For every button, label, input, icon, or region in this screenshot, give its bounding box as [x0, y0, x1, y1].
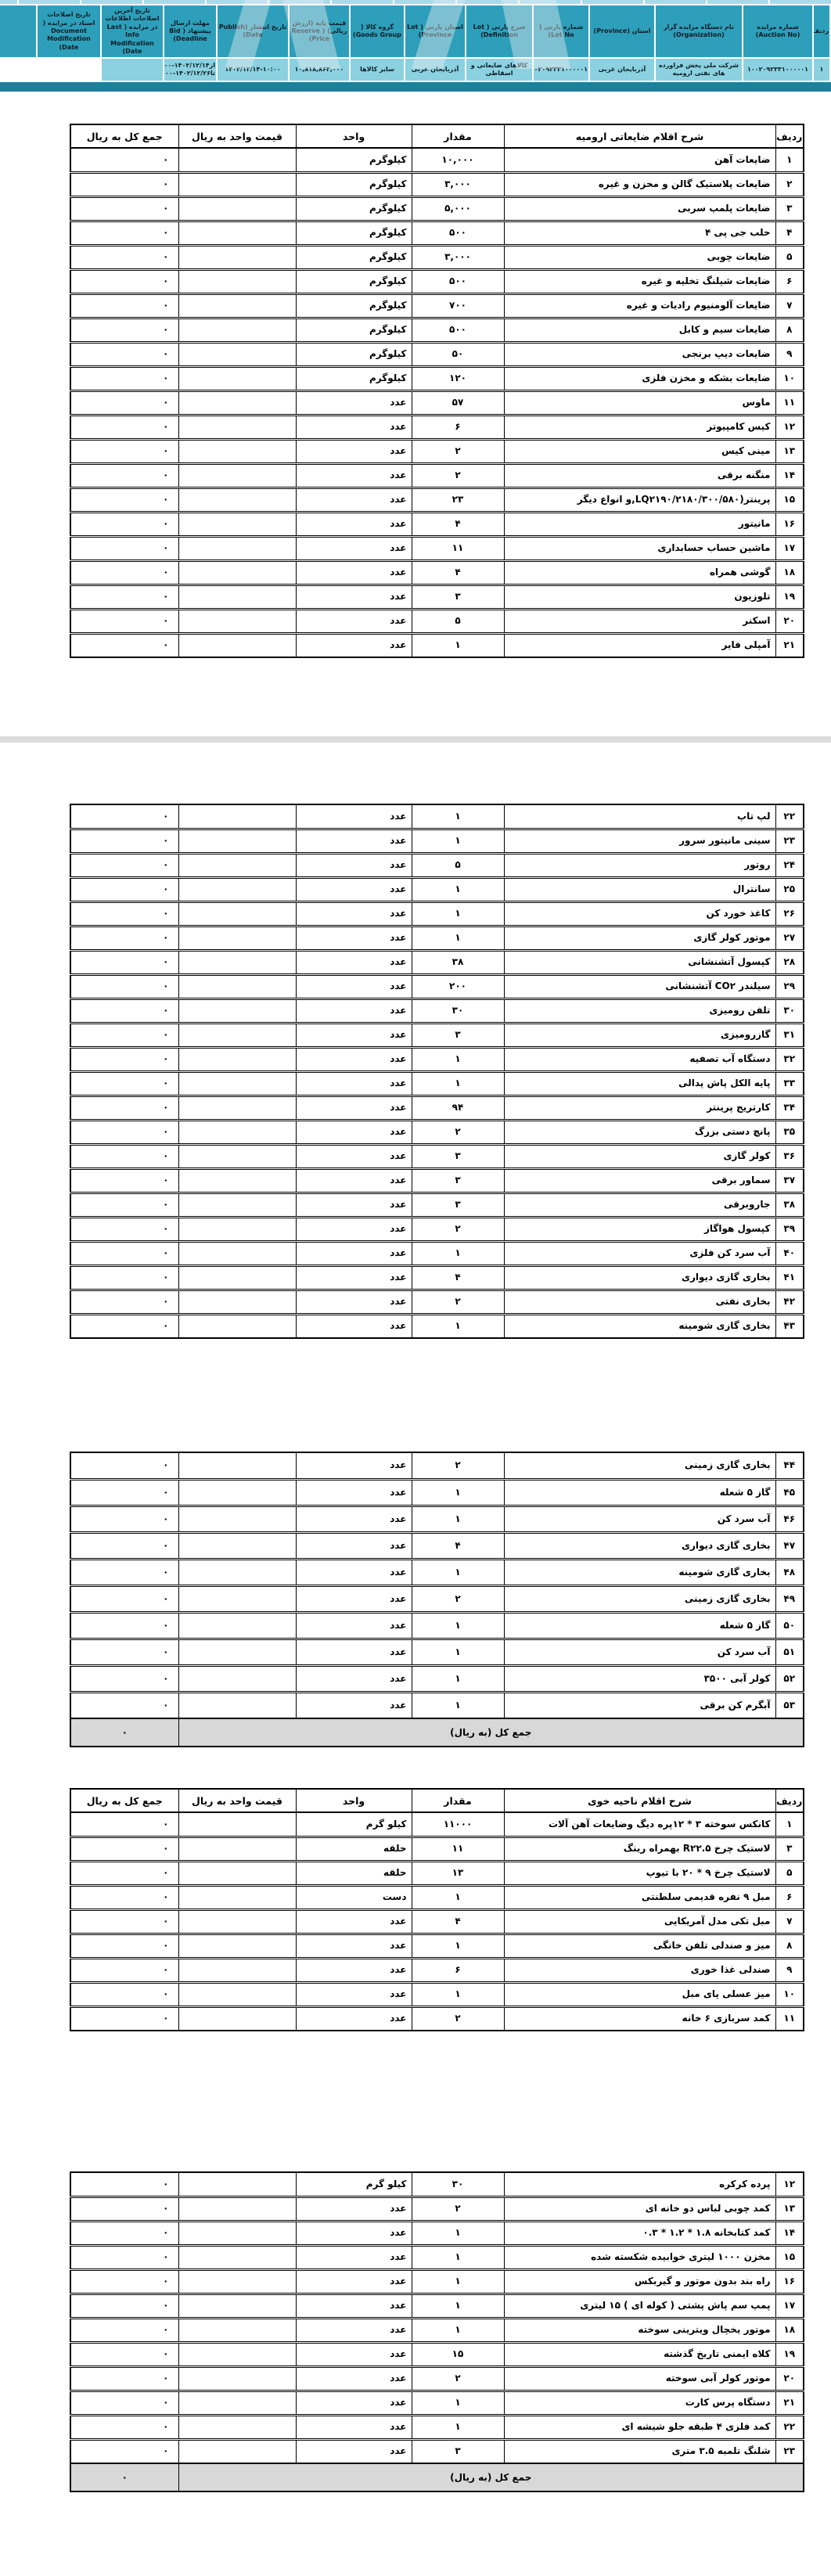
item-row-number: ۴۵	[775, 1479, 804, 1506]
item-description: ضایعات پلمپ سربی	[504, 196, 775, 221]
item-quantity: ۹۴	[412, 1096, 504, 1120]
item-row: ۱۳ مینی کیس ۲ عدد ۰	[70, 439, 804, 463]
item-unit-price	[178, 1479, 296, 1506]
item-unit-price	[178, 926, 296, 950]
record-lot-definition: کالاهای ضایعاتی و اسقاطی	[466, 58, 533, 81]
item-unit-price	[178, 439, 296, 463]
item-total: ۰	[70, 633, 178, 657]
col-last-info-modification: تاریخ آخرین اصلاحات اطلاعات در مزایده ( …	[101, 5, 164, 58]
item-row-number: ۱۴	[775, 463, 804, 487]
item-row-number: ۵	[775, 245, 804, 269]
item-total: ۰	[70, 950, 178, 974]
col-lot-definition: شرح پارتی ( Lot Definition)	[466, 5, 533, 58]
item-description: مبل تکی مدل آمریکایی	[504, 1909, 775, 1934]
item-description: مبل ۹ نفره قدیمی سلطنتی	[504, 1885, 775, 1909]
item-total: ۰	[70, 2196, 178, 2221]
item-unit-price	[178, 1120, 296, 1144]
item-total: ۰	[70, 2006, 178, 2031]
item-row-number: ۱۳	[775, 439, 804, 463]
item-unit-price	[178, 998, 296, 1023]
col-description: شرح اقلام ضایعاتی ارومیه	[504, 124, 775, 148]
item-total: ۰	[70, 1665, 178, 1692]
item-total: ۰	[70, 585, 178, 609]
item-row-number: ۸	[775, 318, 804, 342]
item-row-number: ۳۰	[775, 998, 804, 1023]
item-row: ۳۷ سماور برقی ۳ عدد ۰	[70, 1168, 804, 1193]
item-description: ماشین حساب حسابداری	[504, 536, 775, 560]
item-description: ضایعات بشکه و مخزن فلزی	[504, 366, 775, 390]
item-total: ۰	[70, 1290, 178, 1314]
item-quantity: ۲۰۰	[412, 974, 504, 998]
item-row: ۳۱ گازرومیزی ۳ عدد ۰	[70, 1023, 804, 1047]
item-unit: عدد	[296, 633, 412, 657]
item-row-number: ۱۶	[775, 512, 804, 536]
item-row-number: ۵۱	[775, 1639, 804, 1665]
col-reserve-price: قیمت پایه (ارزش ریالی) ( Reserve Price)	[289, 5, 350, 58]
item-description: ضایعات آلومنیوم رادیات و غیره	[504, 293, 775, 318]
item-row: ۵۲ کولر آبی ۳۵۰۰ ۱ عدد ۰	[70, 1665, 804, 1692]
item-quantity: ۲	[412, 463, 504, 487]
col-lot-province: استان پارتی ( Lot Province)	[405, 5, 466, 58]
item-row-number: ۳۳	[775, 1071, 804, 1096]
item-description: ضایعات پلاستیک گالن و مخزن و غیره	[504, 172, 775, 196]
item-quantity: ۴	[412, 512, 504, 536]
item-description: کمد چوبی لباس دو خانه ای	[504, 2196, 775, 2221]
item-quantity: ۵۰۰	[412, 221, 504, 245]
item-total: ۰	[70, 1982, 178, 2006]
item-total: ۰	[70, 2391, 178, 2415]
item-total: ۰	[70, 829, 178, 853]
item-unit: عدد	[296, 1193, 412, 1217]
item-unit-price	[178, 633, 296, 657]
item-description: ضایعات آهن	[504, 148, 775, 172]
item-row: ۱۵ پرینتر(LQ۲۱۹۰/۲۱۸۰/۳۰۰/۵۸۰,و انواع دی…	[70, 487, 804, 512]
item-description: ضایعات چوبی	[504, 245, 775, 269]
item-unit-price	[178, 1241, 296, 1265]
item-total: ۰	[70, 1168, 178, 1193]
item-unit: عدد	[296, 1217, 412, 1241]
item-description: مانیتور	[504, 512, 775, 536]
item-row: ۶ ضایعات شیلنگ تخلیه و غیره ۵۰۰ کیلوگرم …	[70, 269, 804, 293]
item-quantity: ۱	[412, 877, 504, 901]
item-row: ۳۹ کپسول هواگاز ۲ عدد ۰	[70, 1217, 804, 1241]
item-total: ۰	[70, 172, 178, 196]
item-unit-price	[178, 1692, 296, 1718]
item-row-number: ۳۵	[775, 1120, 804, 1144]
item-row-number: ۹	[775, 1958, 804, 1982]
col-filler	[0, 5, 37, 58]
item-row: ۴۰ آب سرد کن فلزی ۱ عدد ۰	[70, 1241, 804, 1265]
item-total: ۰	[70, 2318, 178, 2342]
col-province: استان (Province)	[589, 5, 655, 58]
item-description: جاروبرقی	[504, 1193, 775, 1217]
item-unit-price	[178, 196, 296, 221]
item-row-number: ۱۴	[775, 2221, 804, 2245]
item-row-number: ۱۶	[775, 2269, 804, 2294]
item-unit: عدد	[296, 1023, 412, 1047]
item-row: ۱۲ پرده کرکره ۳۰ کیلو گرم ۰	[70, 2172, 804, 2196]
item-description: میز عسلی پای مبل	[504, 1982, 775, 2006]
item-row-number: ۲۲	[775, 2415, 804, 2439]
teal-band	[0, 82, 831, 92]
item-row: ۱۳ کمد چوبی لباس دو خانه ای ۲ عدد ۰	[70, 2196, 804, 2221]
item-quantity: ۱	[412, 804, 504, 829]
item-quantity: ۲	[412, 1217, 504, 1241]
item-row: ۵۱ آب سرد کن ۱ عدد ۰	[70, 1639, 804, 1665]
item-description: ضایعات شیلنگ تخلیه و غیره	[504, 269, 775, 293]
item-row: ۲۱ آمپلی فایر ۱ عدد ۰	[70, 633, 804, 657]
item-quantity: ۳,۰۰۰	[412, 172, 504, 196]
item-total: ۰	[70, 1452, 178, 1479]
item-row: ۳۲ دستگاه آب تصفیه ۱ عدد ۰	[70, 1047, 804, 1071]
item-row-number: ۲۹	[775, 974, 804, 998]
item-unit-price	[178, 1861, 296, 1885]
item-row-number: ۱۷	[775, 2294, 804, 2318]
item-quantity: ۲	[412, 439, 504, 463]
item-row: ۱۵ مخزن ۱۰۰۰ لیتری خوابیده شکسته شده ۱ ع…	[70, 2245, 804, 2269]
item-description: کولر گازی	[504, 1144, 775, 1168]
item-quantity: ۲	[412, 2366, 504, 2391]
record-lot-province: آذربایجان غربی	[405, 58, 466, 81]
item-unit: عدد	[296, 609, 412, 633]
item-row: ۲۸ کپسول آتشنشانی ۳۸ عدد ۰	[70, 950, 804, 974]
item-row: ۲۹ سیلندر CO۲ آتشنشانی ۲۰۰ عدد ۰	[70, 974, 804, 998]
item-unit: دست	[296, 1885, 412, 1909]
item-row-number: ۶	[775, 1885, 804, 1909]
item-description: میز و صندلی تلفن خانگی	[504, 1934, 775, 1958]
item-unit: کیلوگرم	[296, 172, 412, 196]
item-quantity: ۵۷	[412, 390, 504, 415]
item-unit: کیلوگرم	[296, 245, 412, 269]
item-row-number: ۸	[775, 1934, 804, 1958]
item-unit: کیلوگرم	[296, 318, 412, 342]
item-quantity: ۱	[412, 1047, 504, 1071]
item-total: ۰	[70, 1612, 178, 1639]
summary-header-row: ردیف شماره مزایده (Auction No) نام دستگا…	[0, 5, 830, 58]
item-quantity: ۱۱	[412, 536, 504, 560]
item-quantity: ۱	[412, 926, 504, 950]
item-row: ۱۴ کمد کتابخانه ۱.۸ * ۱.۲ * ۰.۳ ۱ عدد ۰	[70, 2221, 804, 2245]
item-row-number: ۳۱	[775, 1023, 804, 1047]
item-unit-price	[178, 1071, 296, 1096]
item-row-number: ۱۰	[775, 366, 804, 390]
item-unit-price	[178, 585, 296, 609]
item-total: ۰	[70, 1047, 178, 1071]
item-quantity: ۲	[412, 1585, 504, 1612]
item-total: ۰	[70, 2221, 178, 2245]
item-total: ۰	[70, 439, 178, 463]
item-quantity: ۵,۰۰۰	[412, 196, 504, 221]
item-description: پمپ سم پاش پشتی ( کوله ای ) ۱۵ لیتری	[504, 2294, 775, 2318]
item-description: بخاری گازی دیواری	[504, 1265, 775, 1290]
item-unit: عدد	[296, 1290, 412, 1314]
col-quantity: مقدار	[412, 124, 504, 148]
item-unit: عدد	[296, 804, 412, 829]
record-reserve-price: ۱۰,۸۱۸,۸۶۴,۰۰۰	[289, 58, 350, 81]
item-row: ۱۸ گوشی همراه ۴ عدد ۰	[70, 560, 804, 585]
item-quantity: ۳۰	[412, 998, 504, 1023]
item-unit-price	[178, 390, 296, 415]
item-unit-price	[178, 1265, 296, 1290]
item-description: پرده کرکره	[504, 2172, 775, 2196]
item-row: ۴۹ بخاری گازی زمینی ۲ عدد ۰	[70, 1585, 804, 1612]
item-unit-price	[178, 1885, 296, 1909]
item-description: پانچ دستی بزرگ	[504, 1120, 775, 1144]
item-unit-price	[178, 853, 296, 877]
item-row-number: ۱۵	[775, 2245, 804, 2269]
item-total: ۰	[70, 1071, 178, 1096]
item-row: ۵۳ آبگرم کن برقی ۱ عدد ۰	[70, 1692, 804, 1718]
item-quantity: ۵۰	[412, 342, 504, 366]
items-table-khoy-part1: ردیف شرح اقلام ناحیه خوی مقدار واحد قیمت…	[71, 1788, 804, 2031]
item-quantity: ۱	[412, 2294, 504, 2318]
item-total: ۰	[70, 1241, 178, 1265]
record-bid-deadline: از۱۴۰۲/۱۲/۱۴-۱۰:۰۰ تا۱۴۰۲/۱۲/۲۶-۱۰:۰۰	[164, 58, 217, 81]
item-total: ۰	[70, 1837, 178, 1861]
item-description: کیس کامپیوتر	[504, 415, 775, 439]
item-description: گاز ۵ شعله	[504, 1612, 775, 1639]
item-row: ۲۷ موتور کولر گازی ۱ عدد ۰	[70, 926, 804, 950]
item-quantity: ۴	[412, 560, 504, 585]
item-quantity: ۲	[412, 2196, 504, 2221]
item-row-number: ۱۹	[775, 2342, 804, 2366]
item-total: ۰	[70, 1120, 178, 1144]
item-row: ۲۲ کمد فلزی ۴ طبقه جلو شیشه ای ۱ عدد ۰	[70, 2415, 804, 2439]
item-unit: حلقه	[296, 1837, 412, 1861]
item-description: حلب جی پی ۴	[504, 221, 775, 245]
col-unit: واحد	[296, 124, 412, 148]
item-total: ۰	[70, 1506, 178, 1532]
col-row-number: ردیف	[813, 5, 830, 58]
item-row: ۴۴ بخاری گازی زمینی ۲ عدد ۰	[70, 1452, 804, 1479]
item-unit-price	[178, 2269, 296, 2294]
item-unit-price	[178, 245, 296, 269]
col-description: شرح اقلام ناحیه خوی	[504, 1789, 775, 1812]
item-description: آب سرد کن فلزی	[504, 1241, 775, 1265]
item-unit-price	[178, 1023, 296, 1047]
item-description: سیلندر CO۲ آتشنشانی	[504, 974, 775, 998]
item-row: ۳ لاستیک چرخ R۲۲.۵ بهمراه رینگ ۱۱ حلقه ۰	[70, 1837, 804, 1861]
item-row-number: ۳۹	[775, 1217, 804, 1241]
item-unit: عدد	[296, 1120, 412, 1144]
item-row: ۴۱ بخاری گازی دیواری ۴ عدد ۰	[70, 1265, 804, 1290]
item-row: ۳ ضایعات پلمپ سربی ۵,۰۰۰ کیلوگرم ۰	[70, 196, 804, 221]
item-quantity: ۱۵	[412, 2342, 504, 2366]
item-description: بخاری نفتی	[504, 1290, 775, 1314]
item-row: ۱۷ ماشین حساب حسابداری ۱۱ عدد ۰	[70, 536, 804, 560]
item-row-number: ۳۴	[775, 1096, 804, 1120]
item-total: ۰	[70, 1585, 178, 1612]
item-unit: عدد	[296, 1506, 412, 1532]
item-row: ۴۸ بخاری گازی شومینه ۱ عدد ۰	[70, 1559, 804, 1585]
item-total: ۰	[70, 366, 178, 390]
auction-items-page: { "colors": { "header_teal": "#2e9fba", …	[0, 0, 831, 2576]
item-total: ۰	[70, 221, 178, 245]
item-quantity: ۱	[412, 1612, 504, 1639]
item-unit-price	[178, 318, 296, 342]
item-quantity: ۱	[412, 1639, 504, 1665]
item-total: ۰	[70, 463, 178, 487]
item-row-number: ۴۶	[775, 1506, 804, 1532]
item-description: بخاری گازی شومینه	[504, 1559, 775, 1585]
item-quantity: ۳۸	[412, 950, 504, 974]
item-description: دستگاه پرس کارت	[504, 2391, 775, 2415]
item-quantity: ۵	[412, 853, 504, 877]
item-unit: عدد	[296, 1559, 412, 1585]
item-row: ۹ ضایعات دیپ برنجی ۵۰ کیلوگرم ۰	[70, 342, 804, 366]
item-unit-price	[178, 1168, 296, 1193]
item-quantity: ۳	[412, 1023, 504, 1047]
item-unit: عدد	[296, 1665, 412, 1692]
item-row: ۳۸ جاروبرقی ۳ عدد ۰	[70, 1193, 804, 1217]
item-quantity: ۱	[412, 2245, 504, 2269]
item-unit: عدد	[296, 2221, 412, 2245]
item-description: سانترال	[504, 877, 775, 901]
record-organization: شرکت ملی پخش فراورده های نفتی ارومیه	[655, 58, 743, 81]
item-total: ۰	[70, 487, 178, 512]
item-description: سینی مانیتور سرور	[504, 829, 775, 853]
item-total: ۰	[70, 2269, 178, 2294]
item-description: سماور برقی	[504, 1168, 775, 1193]
item-description: گاز ۵ شعله	[504, 1479, 775, 1506]
item-row-number: ۴۷	[775, 1532, 804, 1559]
item-quantity: ۱	[412, 901, 504, 926]
item-total: ۰	[70, 1193, 178, 1217]
item-unit: عدد	[296, 1934, 412, 1958]
item-description: صندلی غذا خوری	[504, 1958, 775, 1982]
item-row: ۷ ضایعات آلومنیوم رادیات و غیره ۷۰۰ کیلو…	[70, 293, 804, 318]
item-description: ماوس	[504, 390, 775, 415]
items-table-urmia-part2: ۲۲ لپ تاپ ۱ عدد ۰ ۲۳ سینی مانیتور سرور ۱…	[71, 804, 804, 1339]
item-unit-price	[178, 2366, 296, 2391]
item-description: راه بند بدون موتور و گیربکس	[504, 2269, 775, 2294]
item-row-number: ۱۰	[775, 1982, 804, 2006]
item-quantity: ۲	[412, 1452, 504, 1479]
item-unit-price	[178, 2415, 296, 2439]
item-unit: عدد	[296, 877, 412, 901]
item-unit: عدد	[296, 2391, 412, 2415]
col-document-modification: تاریخ اصلاحات اسناد در مزایده ( Document…	[37, 5, 101, 58]
item-row-number: ۳	[775, 1837, 804, 1861]
item-unit-price	[178, 1290, 296, 1314]
col-bid-deadline: مهلت ارسال پیشنهاد ( Bid Deadline)	[164, 5, 217, 58]
item-unit: عدد	[296, 1532, 412, 1559]
item-unit-price	[178, 1532, 296, 1559]
item-unit-price	[178, 1909, 296, 1934]
item-unit-price	[178, 1314, 296, 1338]
item-total: ۰	[70, 1559, 178, 1585]
item-unit: عدد	[296, 1265, 412, 1290]
item-quantity: ۱	[412, 829, 504, 853]
item-quantity: ۱	[412, 1071, 504, 1096]
item-unit-price	[178, 342, 296, 366]
item-row-number: ۴۴	[775, 1452, 804, 1479]
item-row: ۴ حلب جی پی ۴ ۵۰۰ کیلوگرم ۰	[70, 221, 804, 245]
item-unit-price	[178, 1639, 296, 1665]
item-unit-price	[178, 829, 296, 853]
item-quantity: ۲۳	[412, 487, 504, 512]
item-total: ۰	[70, 1532, 178, 1559]
item-unit: عدد	[296, 853, 412, 877]
item-total: ۰	[70, 342, 178, 366]
item-total: ۰	[70, 2172, 178, 2196]
item-unit-price	[178, 2172, 296, 2196]
item-row-number: ۳۸	[775, 1193, 804, 1217]
item-row-number: ۲۱	[775, 633, 804, 657]
item-description: بخاری گازی زمینی	[504, 1452, 775, 1479]
item-row-number: ۹	[775, 342, 804, 366]
grand-total-row: جمع کل (به ریال) ۰	[70, 2463, 804, 2491]
item-row: ۱ کانکس سوخته ۳ * ۱۲پره دیگ وضایعات آهن …	[70, 1812, 804, 1837]
item-description: گازرومیزی	[504, 1023, 775, 1047]
item-row: ۲۲ لپ تاپ ۱ عدد ۰	[70, 804, 804, 829]
item-description: تلوزیون	[504, 585, 775, 609]
item-quantity: ۳	[412, 585, 504, 609]
item-row-number: ۱۱	[775, 390, 804, 415]
item-total: ۰	[70, 390, 178, 415]
item-row-number: ۳۶	[775, 1144, 804, 1168]
item-description: کولر آبی ۳۵۰۰	[504, 1665, 775, 1692]
item-row-number: ۳	[775, 196, 804, 221]
item-row-number: ۲۶	[775, 901, 804, 926]
item-quantity: ۵	[412, 609, 504, 633]
item-quantity: ۴	[412, 1532, 504, 1559]
item-quantity: ۵۰۰	[412, 269, 504, 293]
item-row-number: ۴۳	[775, 1314, 804, 1338]
item-row-number: ۱۸	[775, 2318, 804, 2342]
item-quantity: ۱	[412, 1885, 504, 1909]
item-description: لپ تاپ	[504, 804, 775, 829]
item-unit-price	[178, 560, 296, 585]
item-quantity: ۷۰۰	[412, 293, 504, 318]
item-unit: عدد	[296, 1692, 412, 1718]
grand-total-value: ۰	[70, 1718, 178, 1747]
items-table-urmia-part3: ۴۴ بخاری گازی زمینی ۲ عدد ۰ ۴۵ گاز ۵ شعل…	[71, 1452, 804, 1747]
item-unit-price	[178, 172, 296, 196]
item-total: ۰	[70, 1885, 178, 1909]
item-unit: عدد	[296, 901, 412, 926]
item-row-number: ۴۹	[775, 1585, 804, 1612]
item-row-number: ۴۰	[775, 1241, 804, 1265]
col-row-number: ردیف	[775, 124, 804, 148]
item-unit: عدد	[296, 536, 412, 560]
item-row: ۶ مبل ۹ نفره قدیمی سلطنتی ۱ دست ۰	[70, 1885, 804, 1909]
item-description: اسکنر	[504, 609, 775, 633]
item-unit-price	[178, 2006, 296, 2031]
item-row: ۲۳ سینی مانیتور سرور ۱ عدد ۰	[70, 829, 804, 853]
item-description: بخاری گازی دیواری	[504, 1532, 775, 1559]
item-unit: عدد	[296, 998, 412, 1023]
item-description: بخاری گازی شومینه	[504, 1314, 775, 1338]
item-unit: عدد	[296, 1982, 412, 2006]
table-header-row: ردیف شرح اقلام ضایعاتی ارومیه مقدار واحد…	[70, 124, 804, 148]
item-total: ۰	[70, 536, 178, 560]
col-lot-no: شماره پارتی ( Lot No)	[533, 5, 589, 58]
item-unit-price	[178, 463, 296, 487]
item-unit: کیلوگرم	[296, 269, 412, 293]
item-unit: عدد	[296, 1585, 412, 1612]
item-description: منگنه برقی	[504, 463, 775, 487]
item-description: موتور یخچال ویترینی سوخته	[504, 2318, 775, 2342]
item-unit: عدد	[296, 487, 412, 512]
item-total: ۰	[70, 2245, 178, 2269]
item-unit-price	[178, 1559, 296, 1585]
item-unit-price	[178, 1585, 296, 1612]
item-row-number: ۲۱	[775, 2391, 804, 2415]
item-unit-price	[178, 1958, 296, 1982]
item-quantity: ۱	[412, 2391, 504, 2415]
record-lot-no: ۱۱۰۲۰۹۲۳۳۱۰۰۰۰۰۱	[533, 58, 589, 81]
